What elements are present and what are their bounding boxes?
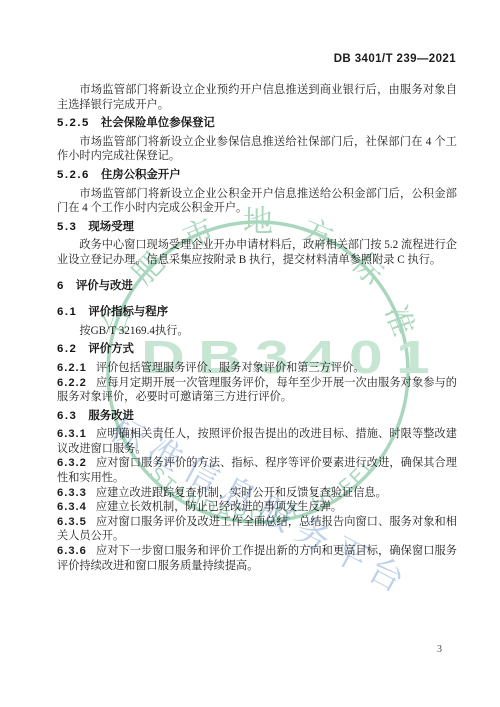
body-paragraph: 政务中心窗口现场受理企业开办申请材料后，政府相关部门按 5.2 流程进行企业设立… <box>57 238 457 267</box>
section-heading: 6评价与改进 <box>57 279 457 294</box>
section-number: 6.2 <box>57 343 77 355</box>
body-paragraph: 市场监管部门将新设立企业预约开户信息推送到商业银行后，由服务对象自主选择银行完成… <box>57 83 457 112</box>
section-heading: 5.2.5社会保险单位参保登记 <box>57 116 457 131</box>
section-title: 评价指标与程序 <box>88 306 168 318</box>
section-title: 社会保险单位参保登记 <box>101 117 215 129</box>
section-number: 5.3 <box>57 221 77 233</box>
body-paragraph: 市场监管部门将新设立企业参保信息推送给社保部门后，社保部门在 4 个工作小时内完… <box>57 135 457 164</box>
section-heading: 5.3现场受理 <box>57 220 457 235</box>
section-number: 5.2.6 <box>57 169 90 181</box>
clause-number: 6.3.1 <box>57 428 87 440</box>
clause-text: 应每月定期开展一次管理服务评价，每年至少开展一次由服务对象参与的服务对象评价，必… <box>57 377 457 404</box>
clause-number: 6.3.6 <box>57 545 87 557</box>
clause-number: 6.3.2 <box>57 457 87 469</box>
section-number: 6.1 <box>57 306 77 318</box>
document-body: 市场监管部门将新设立企业预约开户信息推送到商业银行后，由服务对象自主选择银行完成… <box>57 83 457 573</box>
clause-text: 应对下一步窗口服务和评价工作提出新的方向和更高目标，确保窗口服务评价持续改进和窗… <box>57 545 457 572</box>
clause: 6.3.5应对窗口服务评价及改进工作全面总结，总结报告向窗口、服务对象和相关人员… <box>57 515 457 544</box>
clause-text: 应明确相关责任人，按照评价报告提出的改进目标、措施、时限等整改建议改进窗口服务。 <box>57 428 457 455</box>
body-paragraph: 市场监管部门将新设立企业公积金开户信息推送给公积金部门后，公积金部门在 4 个工… <box>57 187 457 216</box>
body-paragraph: 按GB/T 32169.4执行。 <box>57 324 457 339</box>
section-title: 评价与改进 <box>76 280 133 292</box>
section-title: 评价方式 <box>88 343 134 355</box>
clause: 6.3.3应建立改进跟踪复查机制，实时公开和反馈复查验证信息。 <box>57 486 457 501</box>
clause-number: 6.3.3 <box>57 487 87 499</box>
clause-number: 6.3.5 <box>57 516 87 528</box>
section-title: 现场受理 <box>88 221 134 233</box>
clause: 6.3.6应对下一步窗口服务和评价工作提出新的方向和更高目标，确保窗口服务评价持… <box>57 544 457 573</box>
section-heading: 6.2评价方式 <box>57 342 457 357</box>
document-header-code: DB 3401/T 239—2021 <box>334 53 456 65</box>
section-title: 住房公积金开户 <box>101 169 181 181</box>
clause-text: 应建立长效机制，防止已经改进的事项发生反弹。 <box>96 501 342 513</box>
section-heading: 5.2.6住房公积金开户 <box>57 168 457 183</box>
clause: 6.2.1评价包括管理服务评价、服务对象评价和第三方评价。 <box>57 361 457 376</box>
clause: 6.2.2应每月定期开展一次管理服务评价，每年至少开展一次由服务对象参与的服务对… <box>57 376 457 405</box>
clause: 6.3.4应建立长效机制，防止已经改进的事项发生反弹。 <box>57 500 457 515</box>
clause: 6.3.2应对窗口服务评价的方法、指标、程序等评价要素进行改进，确保其合理性和实… <box>57 456 457 485</box>
section-number: 6 <box>57 280 65 292</box>
document-page: { "page": { "header_code": "DB 3401/T 23… <box>0 0 500 707</box>
clause-number: 6.2.2 <box>57 377 87 389</box>
clause: 6.3.1应明确相关责任人，按照评价报告提出的改进目标、措施、时限等整改建议改进… <box>57 427 457 456</box>
clause-text: 应对窗口服务评价的方法、指标、程序等评价要素进行改进，确保其合理性和实用性。 <box>57 457 457 484</box>
section-number: 6.3 <box>57 410 77 422</box>
clause-number: 6.3.4 <box>57 501 87 513</box>
section-title: 服务改进 <box>88 410 134 422</box>
clause-text: 应建立改进跟踪复查机制，实时公开和反馈复查验证信息。 <box>96 487 387 499</box>
section-heading: 6.1评价指标与程序 <box>57 305 457 320</box>
section-heading: 6.3服务改进 <box>57 409 457 424</box>
clause-number: 6.2.1 <box>57 362 87 374</box>
page-number: 3 <box>437 644 442 655</box>
section-number: 5.2.5 <box>57 117 90 129</box>
clause-text: 评价包括管理服务评价、服务对象评价和第三方评价。 <box>96 362 365 374</box>
clause-text: 应对窗口服务评价及改进工作全面总结，总结报告向窗口、服务对象和相关人员公开。 <box>57 516 457 543</box>
